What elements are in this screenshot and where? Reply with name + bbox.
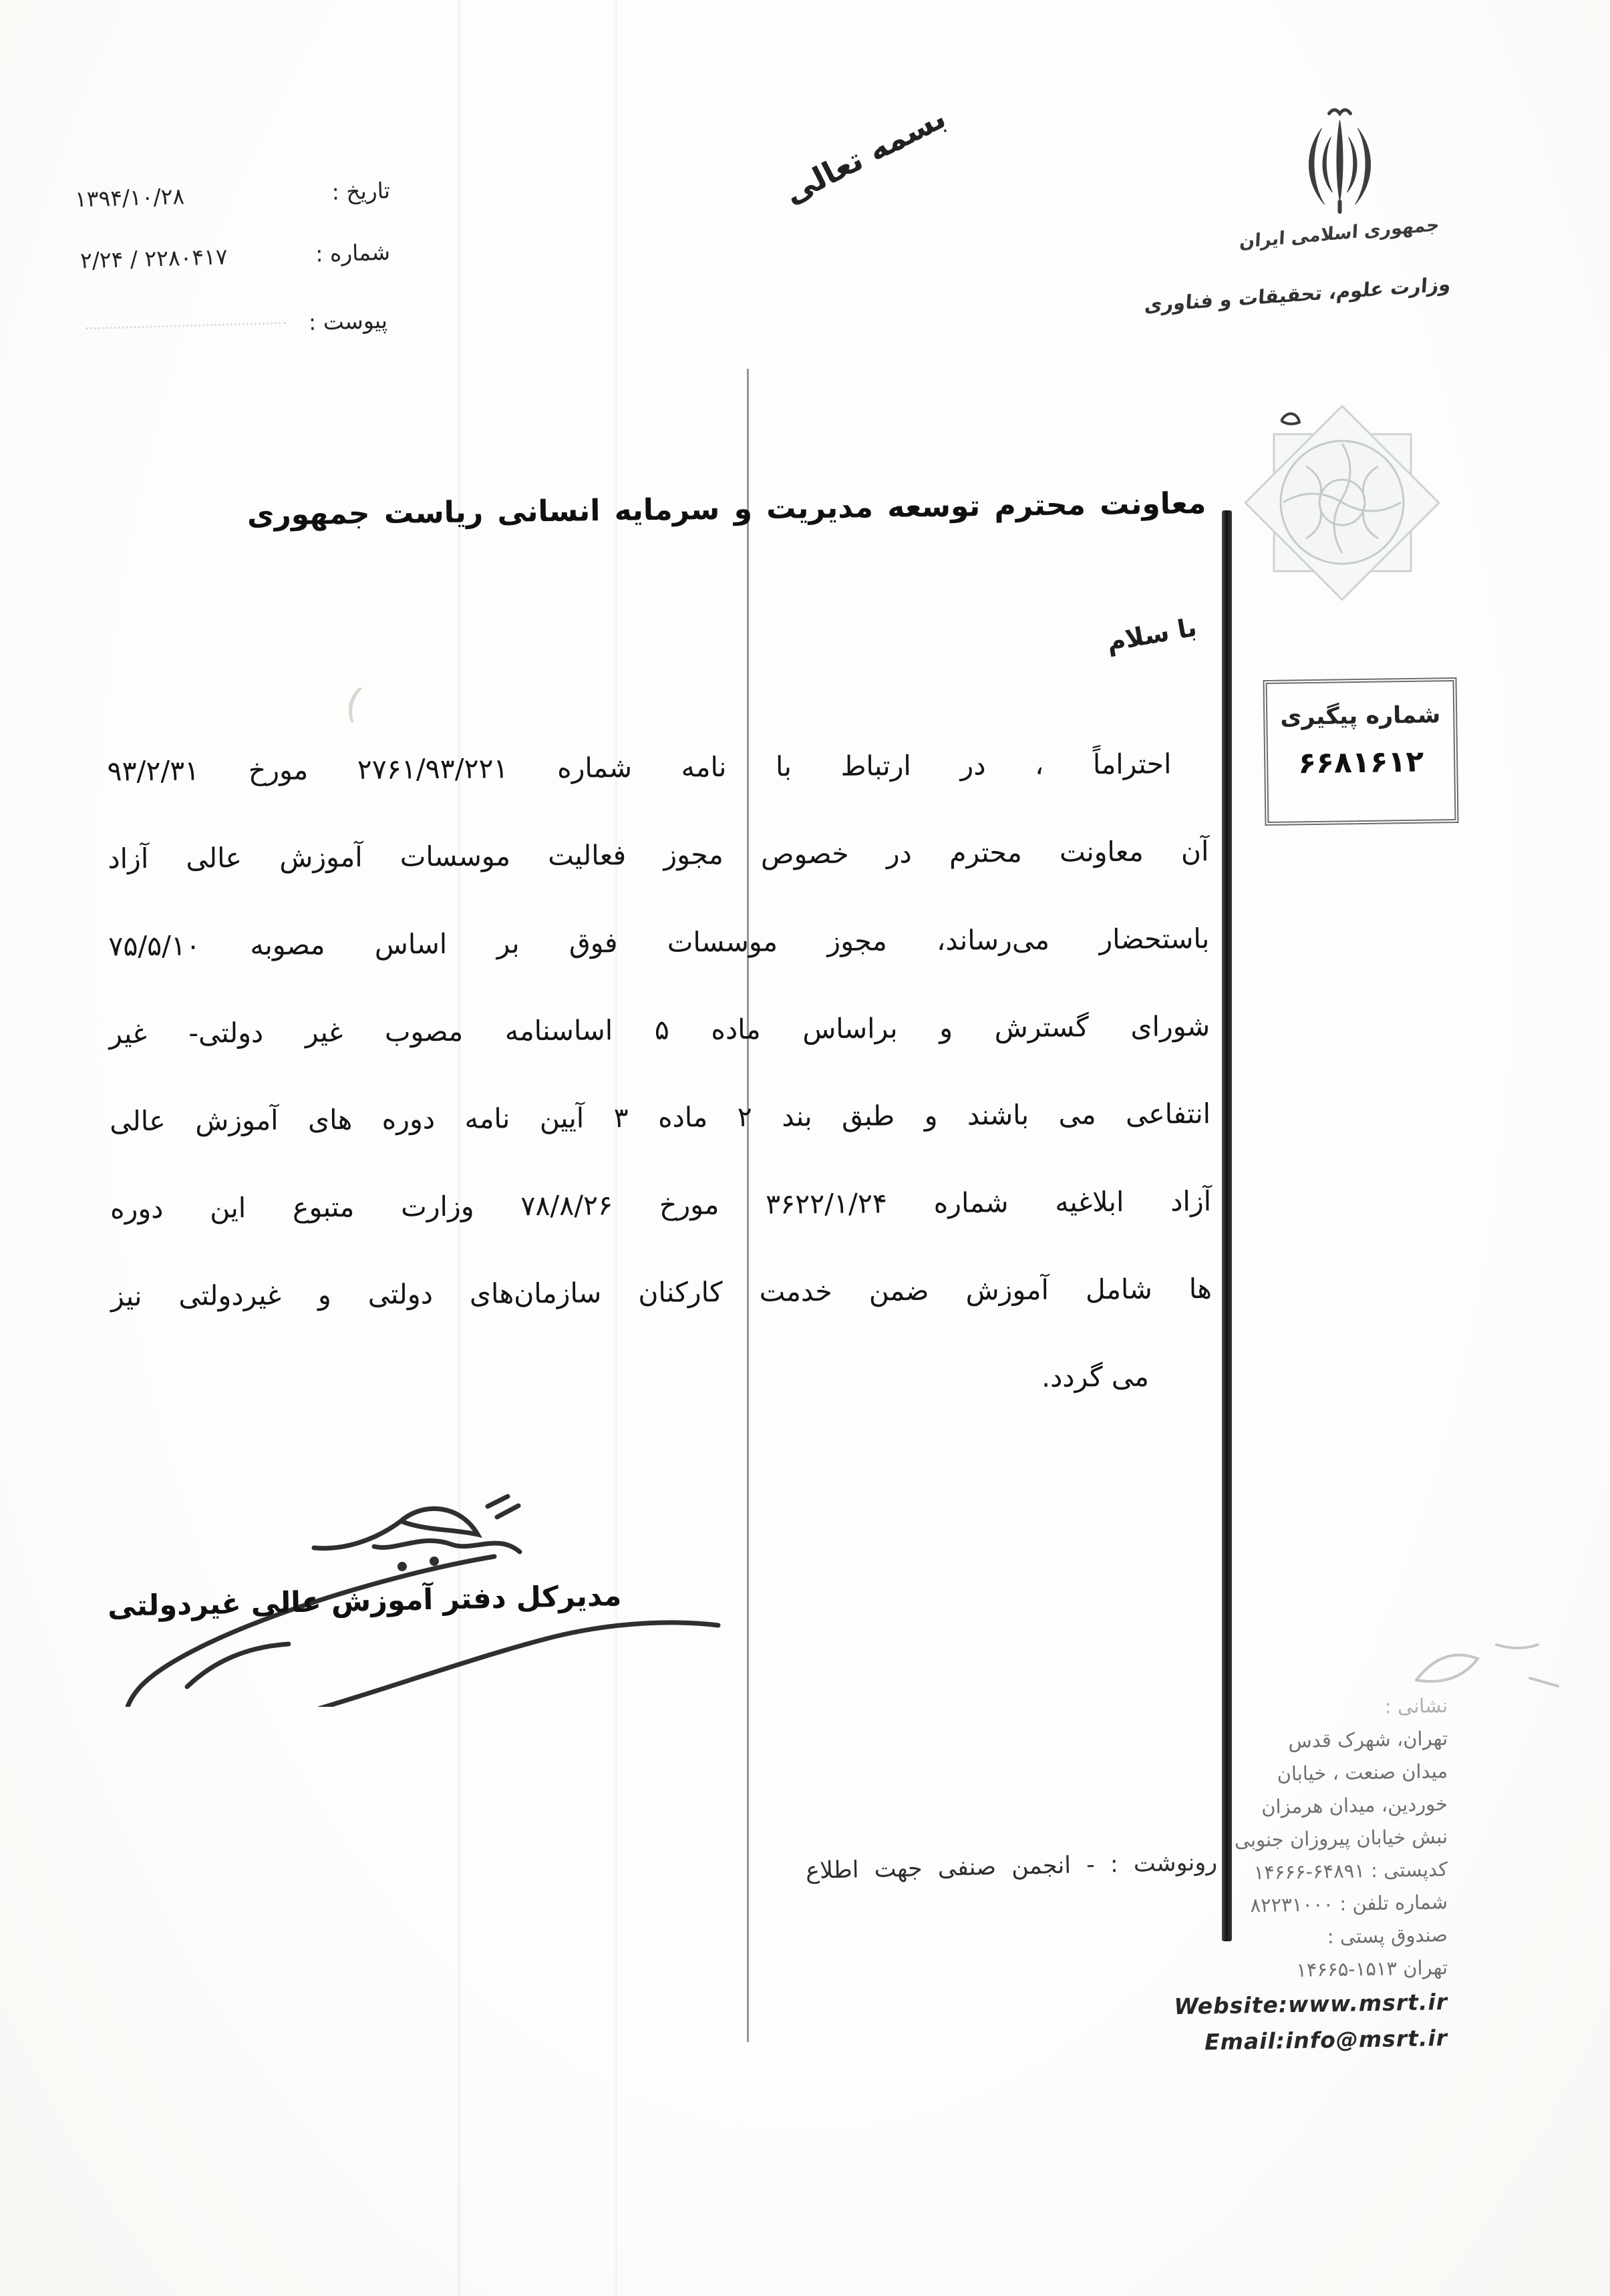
postal-code-label: کدپستی : xyxy=(1371,1858,1448,1882)
address-line: نبش خیابان پیروزان جنوبی xyxy=(1154,1825,1448,1853)
letter-attachment-row: پیوست : xyxy=(86,307,388,342)
address-line: میدان صنعت ، خیابان xyxy=(1154,1760,1448,1788)
number-label: شماره : xyxy=(315,239,391,267)
iran-emblem-icon xyxy=(1288,107,1392,220)
body-line: ها شامل آموزش ضمن خدمت کارکنان سازمان‌ها… xyxy=(111,1245,1213,1341)
address-label: نشانی : xyxy=(1154,1694,1448,1722)
date-value: ۱۳۹۴/۱۰/۲۸ xyxy=(75,183,185,212)
letter-number-row: شماره : ۲/۲۴ / ۲۲۸۰۴۱۷ xyxy=(80,239,391,274)
letter-date-row: تاریخ : ۱۳۹۴/۱۰/۲۸ xyxy=(75,177,391,212)
postal-code-line: کدپستی : ۱۴۶۶۶-۶۴۸۹۱ xyxy=(1154,1858,1448,1886)
scanned-letter-page: تاریخ : ۱۳۹۴/۱۰/۲۸ شماره : ۲/۲۴ / ۲۲۸۰۴۱… xyxy=(0,0,1610,2296)
postal-code-value: ۱۴۶۶۶-۶۴۸۹۱ xyxy=(1253,1859,1365,1884)
number-value: ۲/۲۴ / ۲۲۸۰۴۱۷ xyxy=(80,243,228,273)
pobox-city: تهران xyxy=(1403,1956,1448,1979)
tracking-number-value: ۶۶۸۱۶۱۲ xyxy=(1268,744,1454,781)
phone-value: ۸۲۲۳۱۰۰۰ xyxy=(1250,1893,1333,1917)
address-line: تهران، شهرک قدس xyxy=(1154,1727,1448,1755)
tracking-number-box: شماره پیگیری ۶۶۸۱۶۱۲ xyxy=(1263,677,1458,826)
pobox-value-line: تهران ۱۴۶۶۵-۱۵۱۳ xyxy=(1154,1956,1448,1984)
body-line: می گردد. xyxy=(111,1333,1213,1428)
phone-label: شماره تلفن : xyxy=(1339,1891,1448,1915)
body-line: شورای گسترش و براساس ماده ۵ اساسنامه مصو… xyxy=(109,983,1211,1078)
bismillah-calligraphy: بسمه تعالی xyxy=(778,99,951,211)
star-ornament-watermark xyxy=(1237,389,1448,616)
date-label: تاریخ : xyxy=(331,177,390,204)
attachment-label: پیوست : xyxy=(309,307,388,335)
tracking-number-label: شماره پیگیری xyxy=(1267,701,1454,731)
letter-body: احتراماً ، در ارتباط با نامه شماره ۲۷۶۱/… xyxy=(107,720,1213,1428)
phone-line: شماره تلفن : ۸۲۲۳۱۰۰۰ xyxy=(1154,1891,1448,1919)
pobox-value: ۱۴۶۶۵-۱۵۱۳ xyxy=(1296,1957,1397,1981)
ink-mark xyxy=(1281,414,1299,424)
attachment-blank-dots xyxy=(86,322,286,329)
body-line: باستحضار می‌رساند، مجوز موسسات فوق بر اس… xyxy=(108,895,1210,991)
body-line: آزاد ابلاغیه شماره ۳۶۲۲/۱/۲۴ مورخ ۷۸/۸/۲… xyxy=(110,1158,1212,1253)
salutation-line: با سلام xyxy=(1104,613,1198,657)
faint-ink-mark: ( xyxy=(341,679,367,728)
body-line: انتفاعی می باشند و طبق بند ۲ ماده ۳ آیین… xyxy=(110,1070,1211,1166)
footer-contact-block: نشانی : تهران، شهرک قدس میدان صنعت ، خیا… xyxy=(1154,1694,1448,2061)
recipient-line: معاونت محترم توسعه مدیریت و سرمایه انسان… xyxy=(247,486,1206,532)
website-line: Website:www.msrt.ir xyxy=(1154,1989,1448,2020)
pobox-label-line: صندوق پستی : xyxy=(1154,1923,1448,1951)
body-line: آن معاونت محترم در خصوص مجوز فعالیت موسس… xyxy=(108,808,1209,903)
address-line: خوردین، میدان هرمزان xyxy=(1154,1792,1448,1820)
email-line: Email:info@msrt.ir xyxy=(1154,2025,1448,2056)
body-line: احتراماً ، در ارتباط با نامه شماره ۲۷۶۱/… xyxy=(107,720,1209,816)
letterhead-ministry: وزارت علوم، تحقیقات و فناوری xyxy=(1217,273,1452,312)
